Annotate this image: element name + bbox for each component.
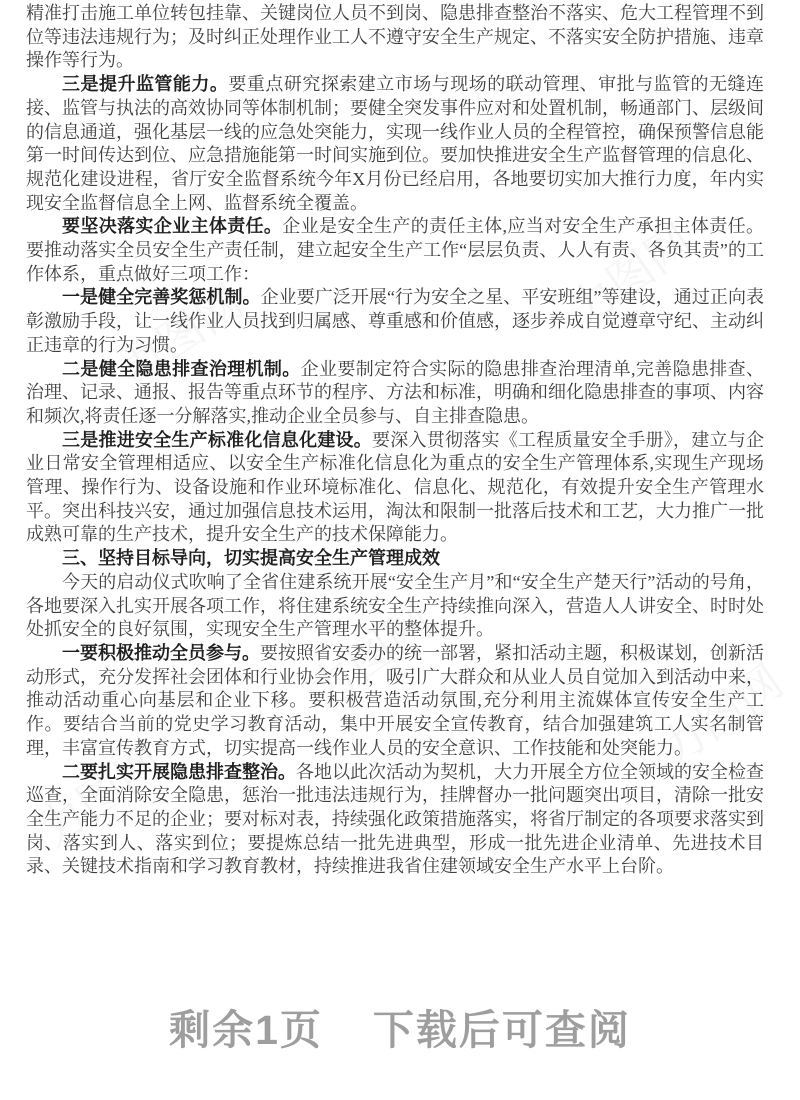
paragraph: 今天的启动仪式吹响了全省住建系统开展“安全生产月”和“安全生产楚天行”活动的号角… xyxy=(26,571,764,642)
paragraph: 二要扎实开展隐患排查整治。各地以此次活动为契机，大力开展全方位全领域的安全检查巡… xyxy=(26,761,764,880)
remaining-pages-banner[interactable]: 剩余1页下载后可查阅 xyxy=(0,997,800,1056)
remaining-pages-label: 剩余1页 xyxy=(169,1007,323,1053)
paragraph-text: 要重点研究探索建立市场与现场的联动管理、审批与监管的无缝连接、监管与执法的高效协… xyxy=(26,74,764,213)
paragraph-text: 今天的启动仪式吹响了全省住建系统开展“安全生产月”和“安全生产楚天行”活动的号角… xyxy=(26,572,764,639)
paragraph: 一要积极推动全员参与。要按照省安委办的统一部署，紧扣活动主题，积极谋划，创新活动… xyxy=(26,642,764,761)
section-heading: 三、坚持目标导向，切实提高安全生产管理成效 xyxy=(26,547,764,571)
paragraph-lead: 一要积极推动全员参与。 xyxy=(62,643,260,663)
paragraph-lead: 三、坚持目标导向，切实提高安全生产管理成效 xyxy=(62,548,440,568)
paragraph-lead: 要坚决落实企业主体责任。 xyxy=(62,216,282,236)
paragraph-text: 精准打击施工单位转包挂靠、关键岗位人员不到岗、隐患排查整治不落实、危大工程管理不… xyxy=(26,3,764,70)
paragraph: 三是提升监管能力。要重点研究探索建立市场与现场的联动管理、审批与监管的无缝连接、… xyxy=(26,73,764,215)
paragraph-lead: 三是推进安全生产标准化信息化建设。 xyxy=(62,430,372,450)
paragraph-lead: 三是提升监管能力。 xyxy=(62,74,228,94)
download-to-view-label: 下载后可查阅 xyxy=(373,1007,631,1053)
paragraph-lead: 一是健全完善奖惩机制。 xyxy=(62,287,261,307)
paragraph: 精准打击施工单位转包挂靠、关键岗位人员不到岗、隐患排查整治不落实、危大工程管理不… xyxy=(26,2,764,73)
paragraph-lead: 二是健全隐患排查治理机制。 xyxy=(62,359,301,379)
document-body: 精准打击施工单位转包挂靠、关键岗位人员不到岗、隐患排查整治不落实、危大工程管理不… xyxy=(26,2,764,879)
paragraph-lead: 二要扎实开展隐患排查整治。 xyxy=(62,762,296,782)
paragraph: 一是健全完善奖惩机制。企业要广泛开展“行为安全之星、平安班组”等建设，通过正向表… xyxy=(26,286,764,357)
paragraph: 二是健全隐患排查治理机制。企业要制定符合实际的隐患排查治理清单,完善隐患排查、治… xyxy=(26,358,764,429)
paragraph: 三是推进安全生产标准化信息化建设。要深入贯彻落实《工程质量安全手册》，建立与企业… xyxy=(26,429,764,548)
paragraph: 要坚决落实企业主体责任。企业是安全生产的责任主体,应当对安全生产承担主体责任。要… xyxy=(26,215,764,286)
